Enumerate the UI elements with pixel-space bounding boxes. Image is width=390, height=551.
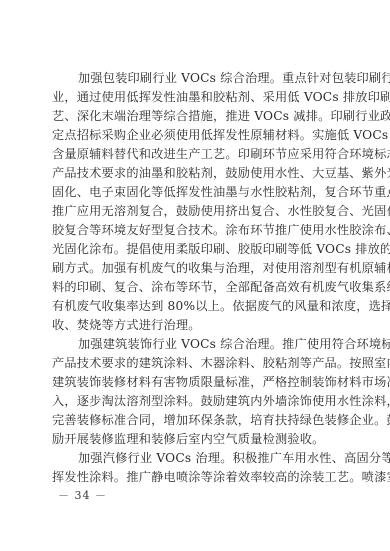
paragraph-packaging-printing: 加强包装印刷行业 VOCs 综合治理。重点针对包装印刷行 业，通过使用低挥发性油… <box>52 69 344 335</box>
text-line: 艺、深化末端治理等综合措施，推进 VOCs 减排。印刷行业政府 <box>52 107 344 126</box>
text-line: 料的印刷、复合、涂布等环节，全部配备高效有机废气收集系统， <box>52 278 344 297</box>
paragraph-building-decoration: 加强建筑装饰行业 VOCs 综合治理。推广使用符合环境标志 产品技术要求的建筑涂… <box>52 335 344 449</box>
page-number: － 34 － <box>58 488 107 504</box>
text-line: 产品技术要求的建筑涂料、木器涂料、胶粘剂等产品。按照室内 <box>52 354 344 373</box>
text-line: 加强建筑装饰行业 VOCs 综合治理。推广使用符合环境标志 <box>52 335 344 354</box>
document-page: 加强包装印刷行业 VOCs 综合治理。重点针对包装印刷行 业，通过使用低挥发性油… <box>0 0 390 551</box>
text-line: 推广应用无溶剂复合，鼓励使用挤出复合、水性胶复合、光固化 <box>52 202 344 221</box>
text-line: 加强汽修行业 VOCs 治理。积极推广车用水性、高固分等低 <box>52 449 344 468</box>
text-line: 入，逐步淘汰溶剂型涂料。鼓励建筑内外墙涂饰使用水性涂料， <box>52 392 344 411</box>
text-line: 胶复合等环境友好型复合技术。涂布环节推广使用水性胶涂布、 <box>52 221 344 240</box>
text-line: 含量原辅料替代和改进生产工艺。印刷环节应采用符合环境标志 <box>52 145 344 164</box>
text-line: 加强包装印刷行业 VOCs 综合治理。重点针对包装印刷行 <box>52 69 344 88</box>
text-line: 业，通过使用低挥发性油墨和胶粘剂、采用低 VOCs 排放印刷工 <box>52 88 344 107</box>
paragraph-auto-repair: 加强汽修行业 VOCs 治理。积极推广车用水性、高固分等低 挥发性涂料。推广静电… <box>52 449 344 487</box>
text-line: 固化、电子束固化等低挥发性油墨与水性胶粘剂，复合环节重点 <box>52 183 344 202</box>
text-line: 定点招标采购企业必须使用低挥发性原辅材料。实施低 VOCs <box>52 126 344 145</box>
text-line: 励开展装修监理和装修后室内空气质量检测验收。 <box>52 430 344 449</box>
text-line: 完善装修标准合同，增加环保条款，培育扶持绿色装修企业。鼓 <box>52 411 344 430</box>
text-line: 产品技术要求的油墨和胶粘剂，鼓励使用水性、大豆基、紫外光 <box>52 164 344 183</box>
text-line: 刷方式。加强有机废气的收集与治理，对使用溶剂型有机原辅材 <box>52 259 344 278</box>
text-line: 收、焚烧等方式进行治理。 <box>52 316 344 335</box>
text-line: 光固化涂布。提倡使用柔版印刷、胶版印刷等低 VOCs 排放的印 <box>52 240 344 259</box>
text-line: 有机废气收集率达到 80%以上。依据废气的风量和浓度，选择回 <box>52 297 344 316</box>
body-text: 加强包装印刷行业 VOCs 综合治理。重点针对包装印刷行 业，通过使用低挥发性油… <box>52 69 344 487</box>
text-line: 挥发性涂料。推广静电喷涂等涂着效率较高的涂装工艺。喷漆室、 <box>52 468 344 487</box>
text-line: 建筑装饰装修材料有害物质限量标准，严格控制装饰材料市场准 <box>52 373 344 392</box>
